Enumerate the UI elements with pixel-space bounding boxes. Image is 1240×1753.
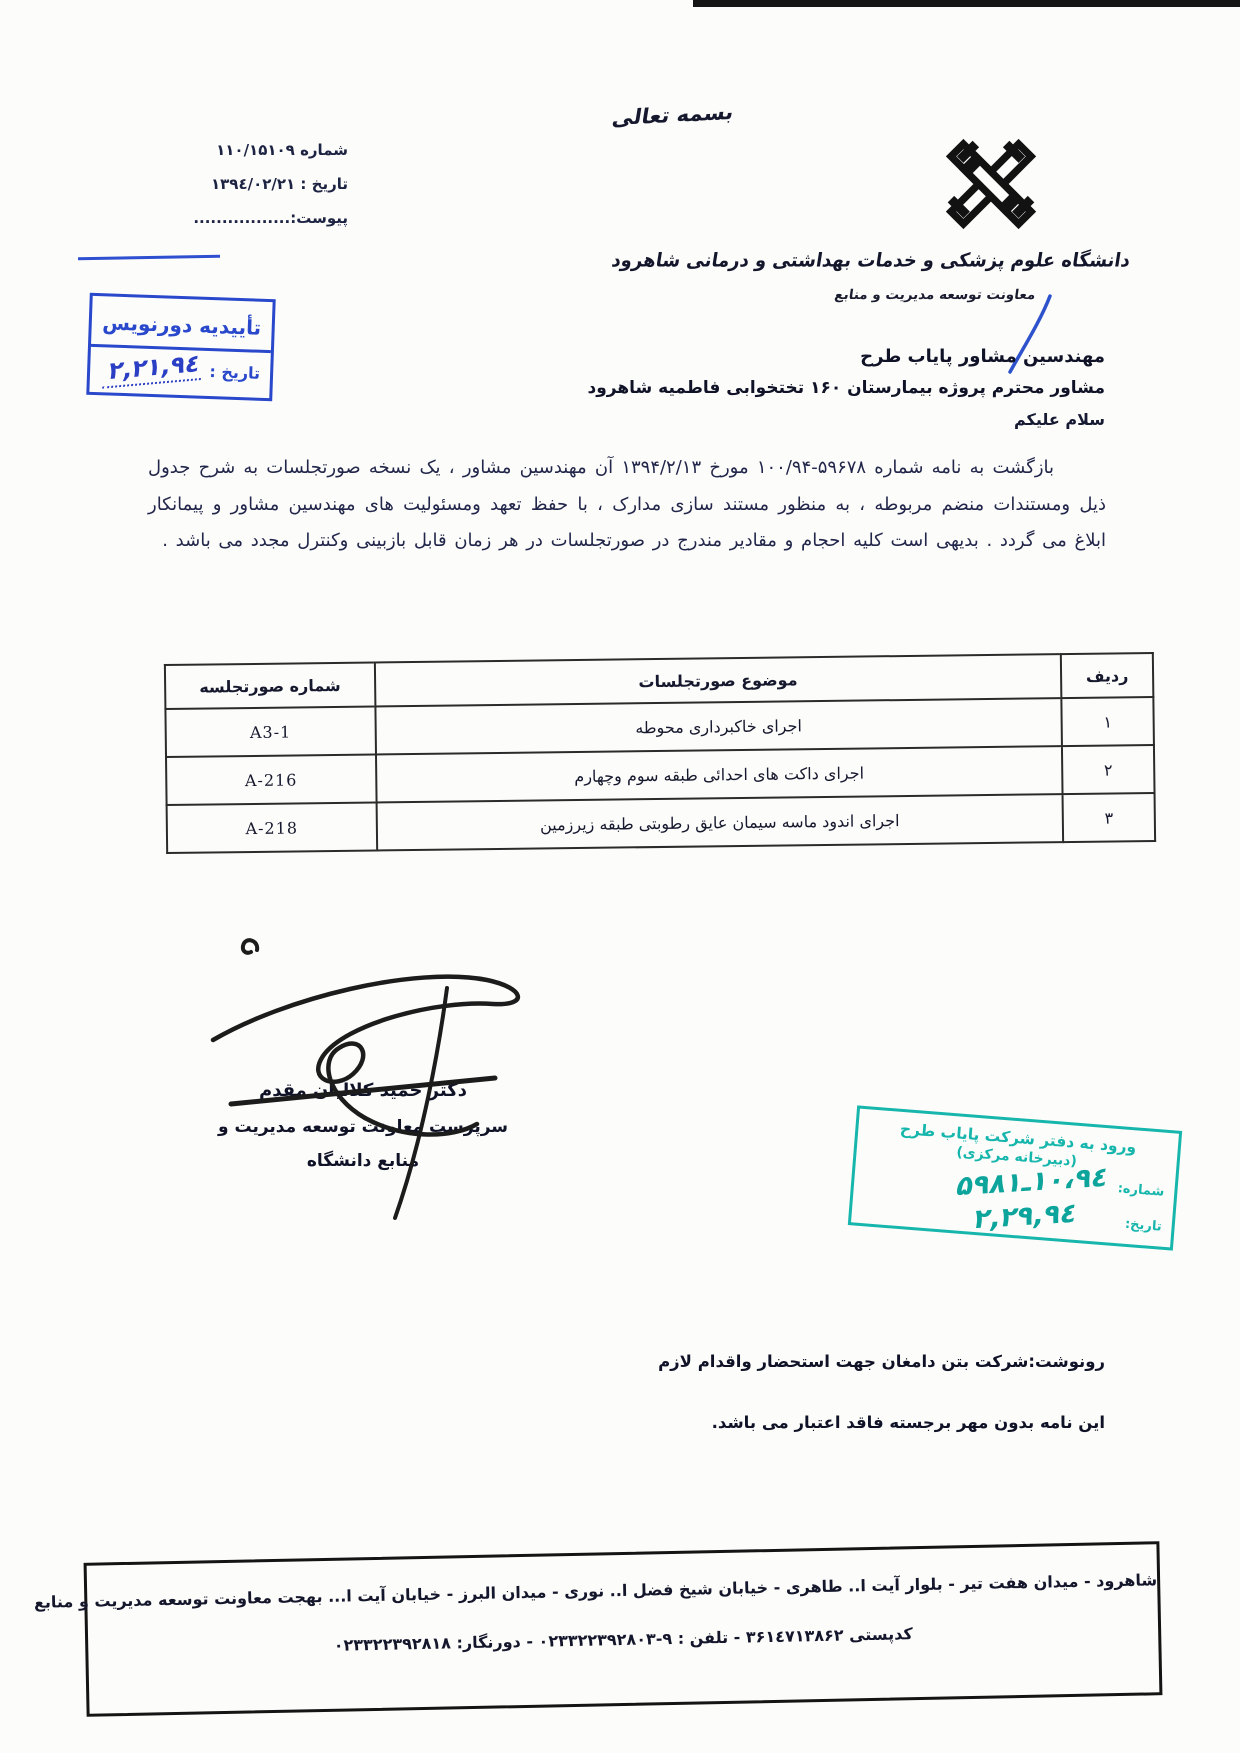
letter-attachment: پیوست:................. bbox=[118, 201, 348, 235]
cc-line2: این نامه بدون مهر برجسته فاقد اعتبار می … bbox=[545, 1413, 1105, 1432]
scanned-letter-page: بسمه تعالی شماره ۱۱۰/۱۵۱۰۹ تاریخ : ۱۳۹٤/… bbox=[0, 0, 1240, 1753]
fax-approval-stamp: تأییدیه دورنویس تاریخ : ۹٤,۲,۲۱ bbox=[86, 293, 275, 401]
footer-address: شاهرود - میدان هفت تیر - بلوار آیت ا.. ط… bbox=[87, 1570, 1157, 1610]
cc-block: رونوشت:شرکت بتن دامغان جهت استحضار واقدا… bbox=[545, 1352, 1105, 1432]
bismillah-text: بسمه تعالی bbox=[595, 99, 750, 131]
university-logo-icon bbox=[943, 138, 1039, 230]
minutes-table: ردیف موضوع صورتجلسات شماره صورتجلسه ۱ اج… bbox=[164, 652, 1156, 854]
cc-line1: رونوشت:شرکت بتن دامغان جهت استحضار واقدا… bbox=[545, 1352, 1105, 1371]
header-row-number: ردیف bbox=[1061, 653, 1153, 698]
entry-stamp-number-handwritten: ۱۰،۹٤ـ۵۹۸۱ bbox=[954, 1164, 1110, 1201]
company-entry-stamp: ورود به دفتر شرکت پایاب طرح (دبیرخانه مر… bbox=[848, 1105, 1182, 1250]
letter-number: شماره ۱۱۰/۱۵۱۰۹ bbox=[118, 133, 348, 167]
recipient-line2: مشاور محترم پروژه بیمارستان ۱۶۰ تختخوابی… bbox=[405, 378, 1105, 398]
letter-date: تاریخ : ۱۳۹٤/۰۲/۲۱ bbox=[118, 167, 348, 201]
cell-number-2: A-216 bbox=[166, 754, 376, 805]
fax-approval-stamp-title: تأییدیه دورنویس bbox=[91, 296, 273, 353]
cell-row-2: ۲ bbox=[1062, 745, 1154, 794]
entry-stamp-number-label: شماره: bbox=[1117, 1181, 1165, 1200]
recipient-block: مهندسین مشاور پایاب طرح مشاور محترم پروژ… bbox=[405, 346, 1105, 429]
entry-stamp-date-label: تاریخ: bbox=[1124, 1217, 1162, 1235]
fax-approval-date-handwritten: ۹٤,۲,۲۱ bbox=[102, 350, 206, 388]
header-minutes-number: شماره صورتجلسه bbox=[165, 662, 375, 709]
cell-row-3: ۳ bbox=[1063, 793, 1155, 842]
cell-subject-1: اجرای خاکبرداری محوطه bbox=[375, 698, 1062, 754]
cell-subject-2: اجرای داکت های احدائی طبقه سوم وچهارم bbox=[376, 746, 1063, 802]
footer-address-box: شاهرود - میدان هفت تیر - بلوار آیت ا.. ط… bbox=[84, 1541, 1163, 1717]
pen-mark-line bbox=[78, 255, 220, 260]
minutes-table-wrap: ردیف موضوع صورتجلسات شماره صورتجلسه ۱ اج… bbox=[165, 658, 1155, 848]
entry-stamp-date-handwritten: ۹٤,۲,۲۹ bbox=[972, 1200, 1080, 1234]
body-paragraph: بازگشت به نامه شماره ۵۹۶۷۸-۱۰۰/۹۴ مورخ ۱… bbox=[148, 450, 1106, 560]
cell-subject-3: اجرای اندود ماسه سیمان عایق رطوبتی طبقه … bbox=[376, 794, 1063, 850]
cell-number-1: A3-1 bbox=[165, 706, 375, 757]
footer-contact: کدپستی ۳۶۱٤۷۱۳۸۶۲ - تلفن : ۹-۰۲۳۳۲۲۳۹۲۸۰… bbox=[88, 1619, 1158, 1659]
handwritten-signature bbox=[195, 928, 575, 1238]
org-name-calligraphy: دانشگاه علوم پزشکی و خدمات بهداشتی و درم… bbox=[688, 249, 1132, 271]
cell-row-1: ۱ bbox=[1061, 697, 1153, 746]
recipient-line1: مهندسین مشاور پایاب طرح bbox=[405, 346, 1105, 367]
fax-approval-date-label: تاریخ : bbox=[209, 362, 260, 383]
salutation: سلام علیکم bbox=[405, 410, 1105, 429]
letter-meta-block: شماره ۱۱۰/۱۵۱۰۹ تاریخ : ۱۳۹٤/۰۲/۲۱ پیوست… bbox=[118, 133, 348, 235]
scan-artifact-top-bar bbox=[693, 0, 1240, 7]
cell-number-3: A-218 bbox=[167, 802, 377, 853]
